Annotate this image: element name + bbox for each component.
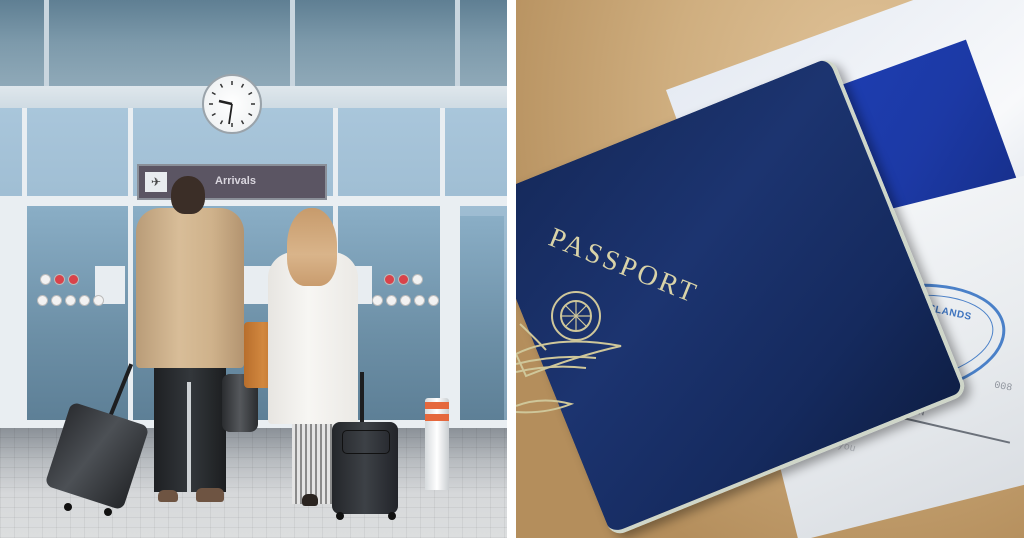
- pictogram-icon: [412, 274, 423, 285]
- window-mullion: [455, 0, 460, 86]
- woman-blonde-hair: [287, 208, 337, 286]
- airport-arrivals-photo: ✈ Arrivals: [0, 0, 507, 538]
- suitcase-wheel: [64, 503, 72, 511]
- pictogram-icon: [54, 274, 65, 285]
- arrivals-sign: ✈ Arrivals: [137, 164, 327, 200]
- pictogram-icon: [79, 295, 90, 306]
- airplane-arrival-icon: ✈: [145, 172, 167, 192]
- pictogram-icon: [414, 295, 425, 306]
- door-pictograms: [384, 274, 423, 285]
- suitcase-wheel: [336, 512, 344, 520]
- man-head: [171, 176, 205, 214]
- suitcase-wheel: [104, 508, 112, 516]
- man-trousers: [154, 362, 226, 492]
- pictogram-icon: [65, 295, 76, 306]
- door-pictograms: [40, 274, 79, 285]
- door-glass: [27, 206, 128, 422]
- eagle-seal-icon: [516, 284, 636, 424]
- window-mullion: [44, 0, 49, 86]
- pictogram-icon: [398, 274, 409, 285]
- window-mullion: [290, 0, 295, 86]
- bollard-stripe: [425, 414, 449, 421]
- traffic-bollard: [425, 398, 449, 490]
- upper-glass-windows: [0, 0, 507, 86]
- no-entry-icon: [384, 274, 395, 285]
- man-shoe: [196, 488, 224, 502]
- pictogram-icon: [372, 295, 383, 306]
- pictogram-icon: [386, 295, 397, 306]
- pictogram-icon: [51, 295, 62, 306]
- man-shoe: [158, 490, 178, 502]
- woman-shoe: [302, 494, 318, 506]
- man-camel-coat: [136, 208, 244, 368]
- passport-documents-photo: 2.0000 008 PURCHASE TRANSACTION Thank yo…: [516, 0, 1024, 538]
- suitcase-handle: [360, 372, 364, 424]
- suitcase-wheel: [388, 512, 396, 520]
- pictogram-icon: [40, 274, 51, 285]
- door-glass: [460, 216, 504, 422]
- black-rolling-suitcase: [332, 422, 398, 514]
- pictogram-icon: [428, 295, 439, 306]
- door-pictograms: [37, 295, 104, 306]
- pictogram-icon: [37, 295, 48, 306]
- wall-clock: [202, 74, 262, 134]
- suitcase-pocket: [342, 430, 390, 454]
- door-frame: [445, 206, 460, 428]
- collage-divider: [507, 0, 516, 538]
- door-frame: [0, 206, 22, 428]
- clock-face-icon: [204, 76, 260, 132]
- no-entry-icon: [68, 274, 79, 285]
- door-pictograms: [372, 295, 439, 306]
- pictogram-icon: [400, 295, 411, 306]
- woman-striped-trousers: [292, 418, 336, 504]
- bollard-stripe: [425, 402, 449, 409]
- arrivals-sign-label: Arrivals: [215, 175, 256, 187]
- pictogram-icon: [93, 295, 104, 306]
